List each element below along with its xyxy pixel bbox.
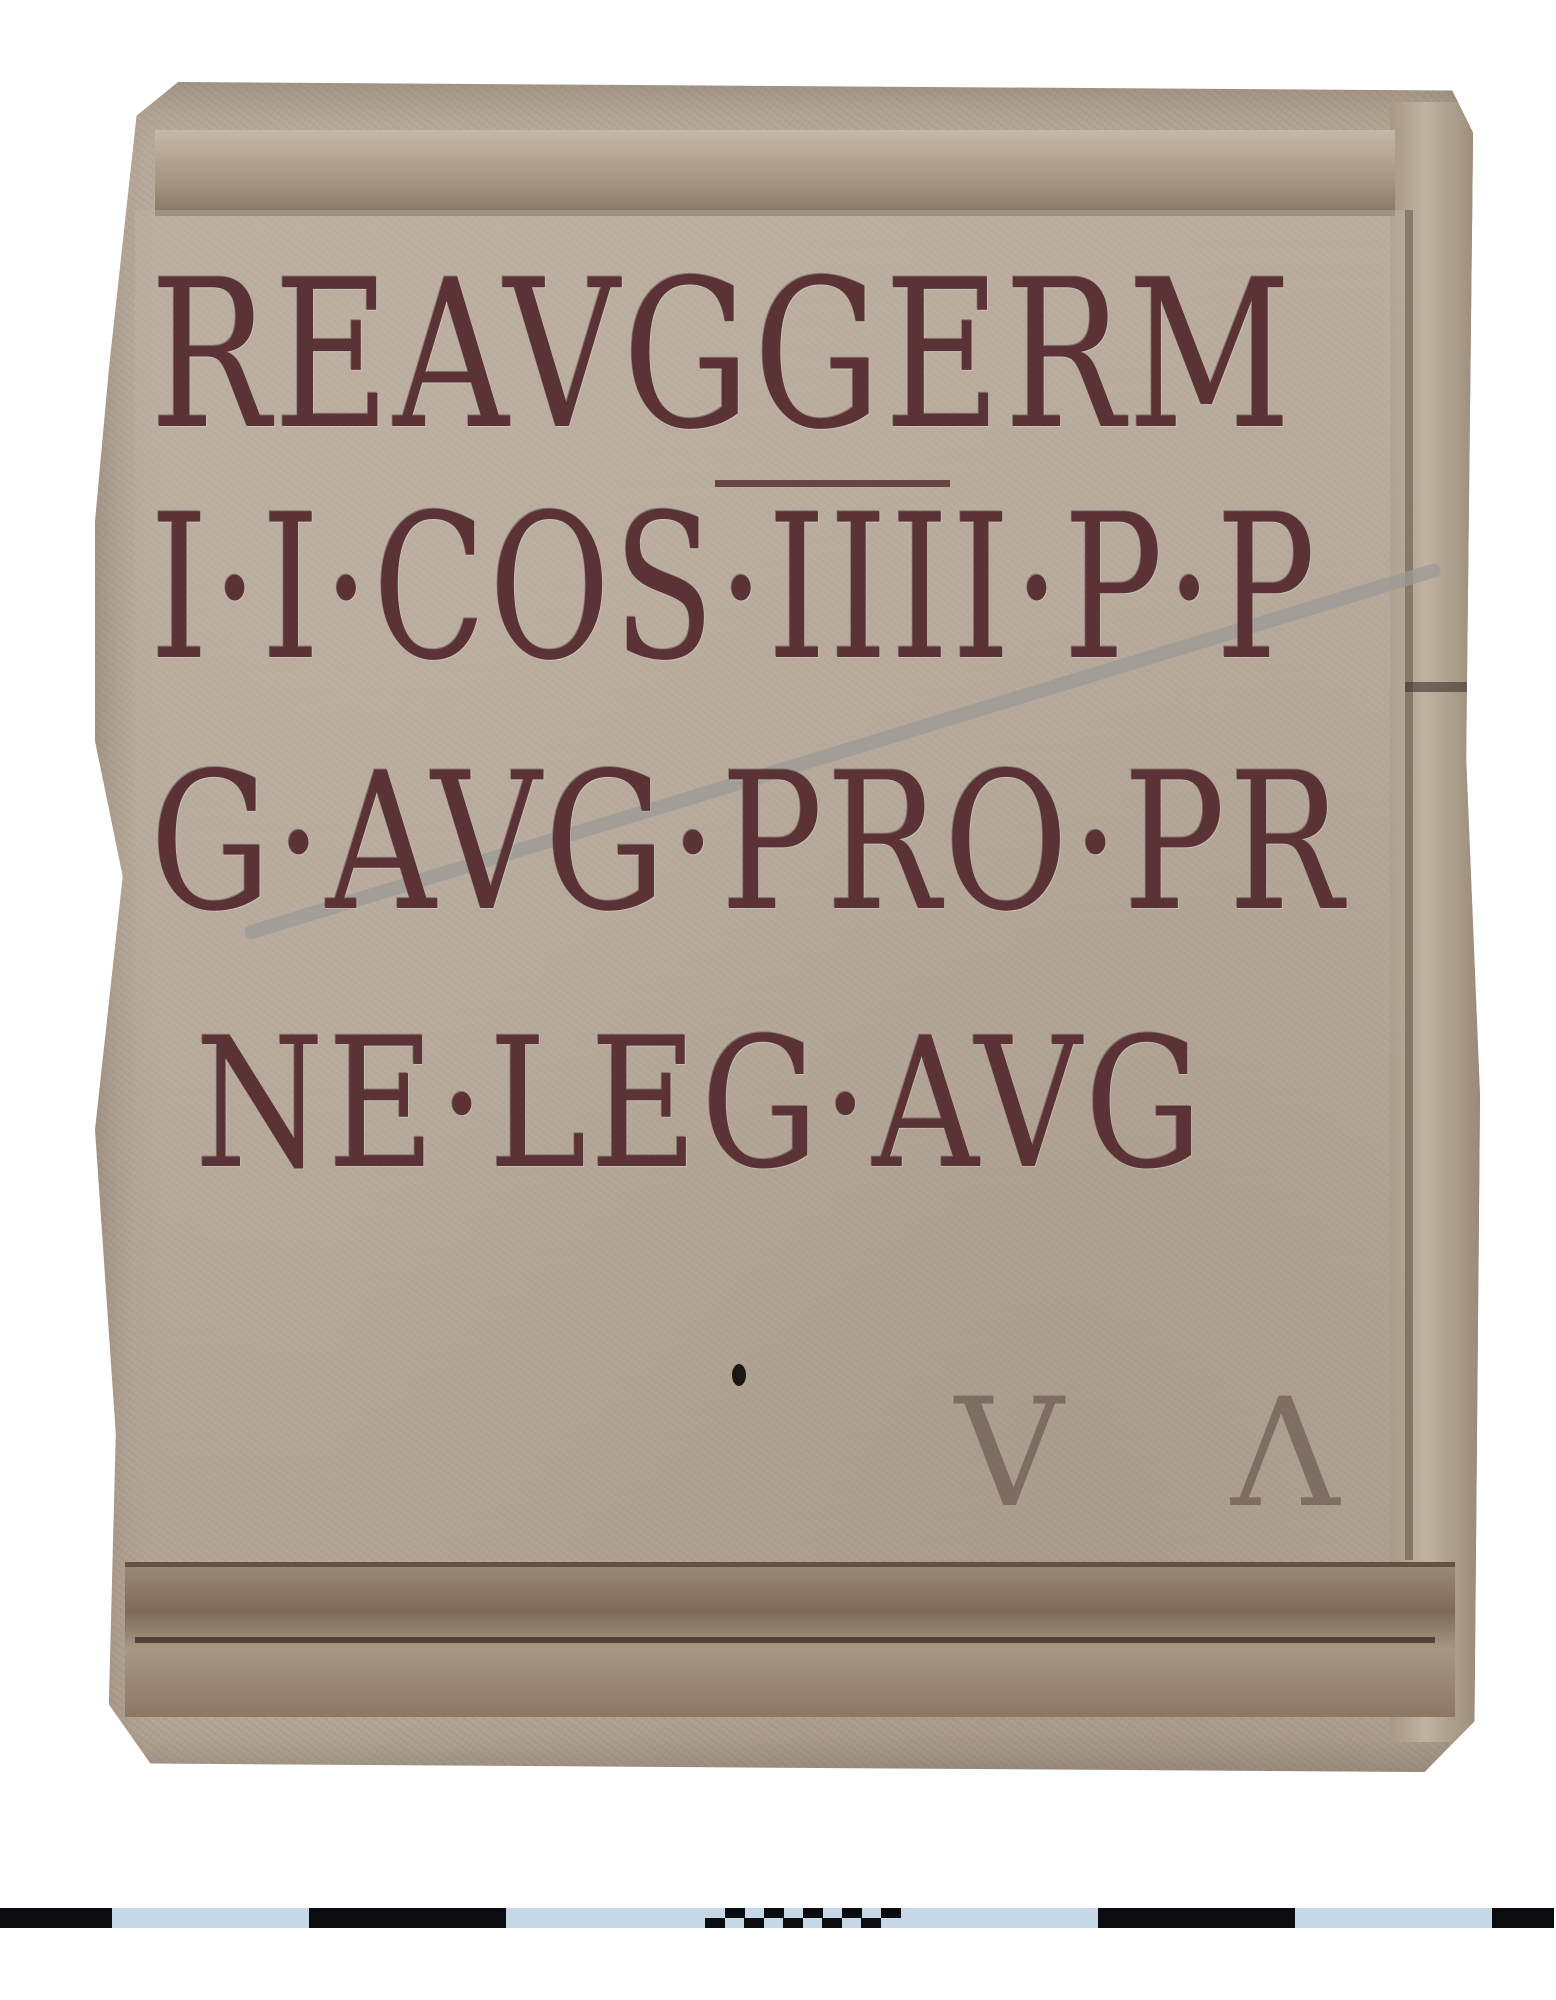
scale-bar-segment bbox=[1295, 1908, 1492, 1928]
scale-bar-segment bbox=[0, 1908, 112, 1928]
inscription-line-3: G·AVG·PRO·PR bbox=[150, 732, 1346, 953]
right-edge-crack bbox=[1405, 682, 1505, 692]
scale-bar-checker-cell bbox=[822, 1918, 842, 1928]
bottom-groove bbox=[135, 1637, 1435, 1643]
scale-bar-checker-cell bbox=[783, 1918, 803, 1928]
scale-bar-checker-cell bbox=[803, 1908, 823, 1918]
inscription-line-1: REAVGGERM bbox=[150, 237, 1294, 475]
scale-bar-segment bbox=[1492, 1908, 1554, 1928]
scale-bar-checker bbox=[705, 1908, 903, 1928]
scale-bar-segment bbox=[506, 1908, 703, 1928]
inscription-line-4: NE·LEG·AVG bbox=[195, 1000, 1206, 1209]
scale-bar-segment bbox=[1098, 1908, 1295, 1928]
scale-bar-checker-cell bbox=[744, 1918, 764, 1928]
scale-bar-checker-cell bbox=[764, 1908, 784, 1918]
scale-bar-checker-cell bbox=[881, 1908, 901, 1918]
drill-hole bbox=[732, 1364, 746, 1386]
inscription-line-2: I·I·COS·IIII·P·P bbox=[150, 472, 1318, 705]
scale-bar-checker-cell bbox=[725, 1908, 745, 1918]
scale-bar-segment bbox=[309, 1908, 506, 1928]
faint-lower-letters: V Λ bbox=[955, 1367, 1399, 1541]
scale-bar-checker-cell bbox=[861, 1918, 881, 1928]
scale-bar-segment bbox=[112, 1908, 309, 1928]
scale-bar-checker-cell bbox=[705, 1918, 725, 1928]
top-moulding bbox=[155, 130, 1395, 216]
scale-bar-segment bbox=[901, 1908, 1098, 1928]
scale-bar-checker-cell bbox=[842, 1908, 862, 1918]
inscribed-stone-block: REAVGGERM I·I·COS·IIII·P·P G·AVG·PRO·PR … bbox=[95, 82, 1480, 1772]
